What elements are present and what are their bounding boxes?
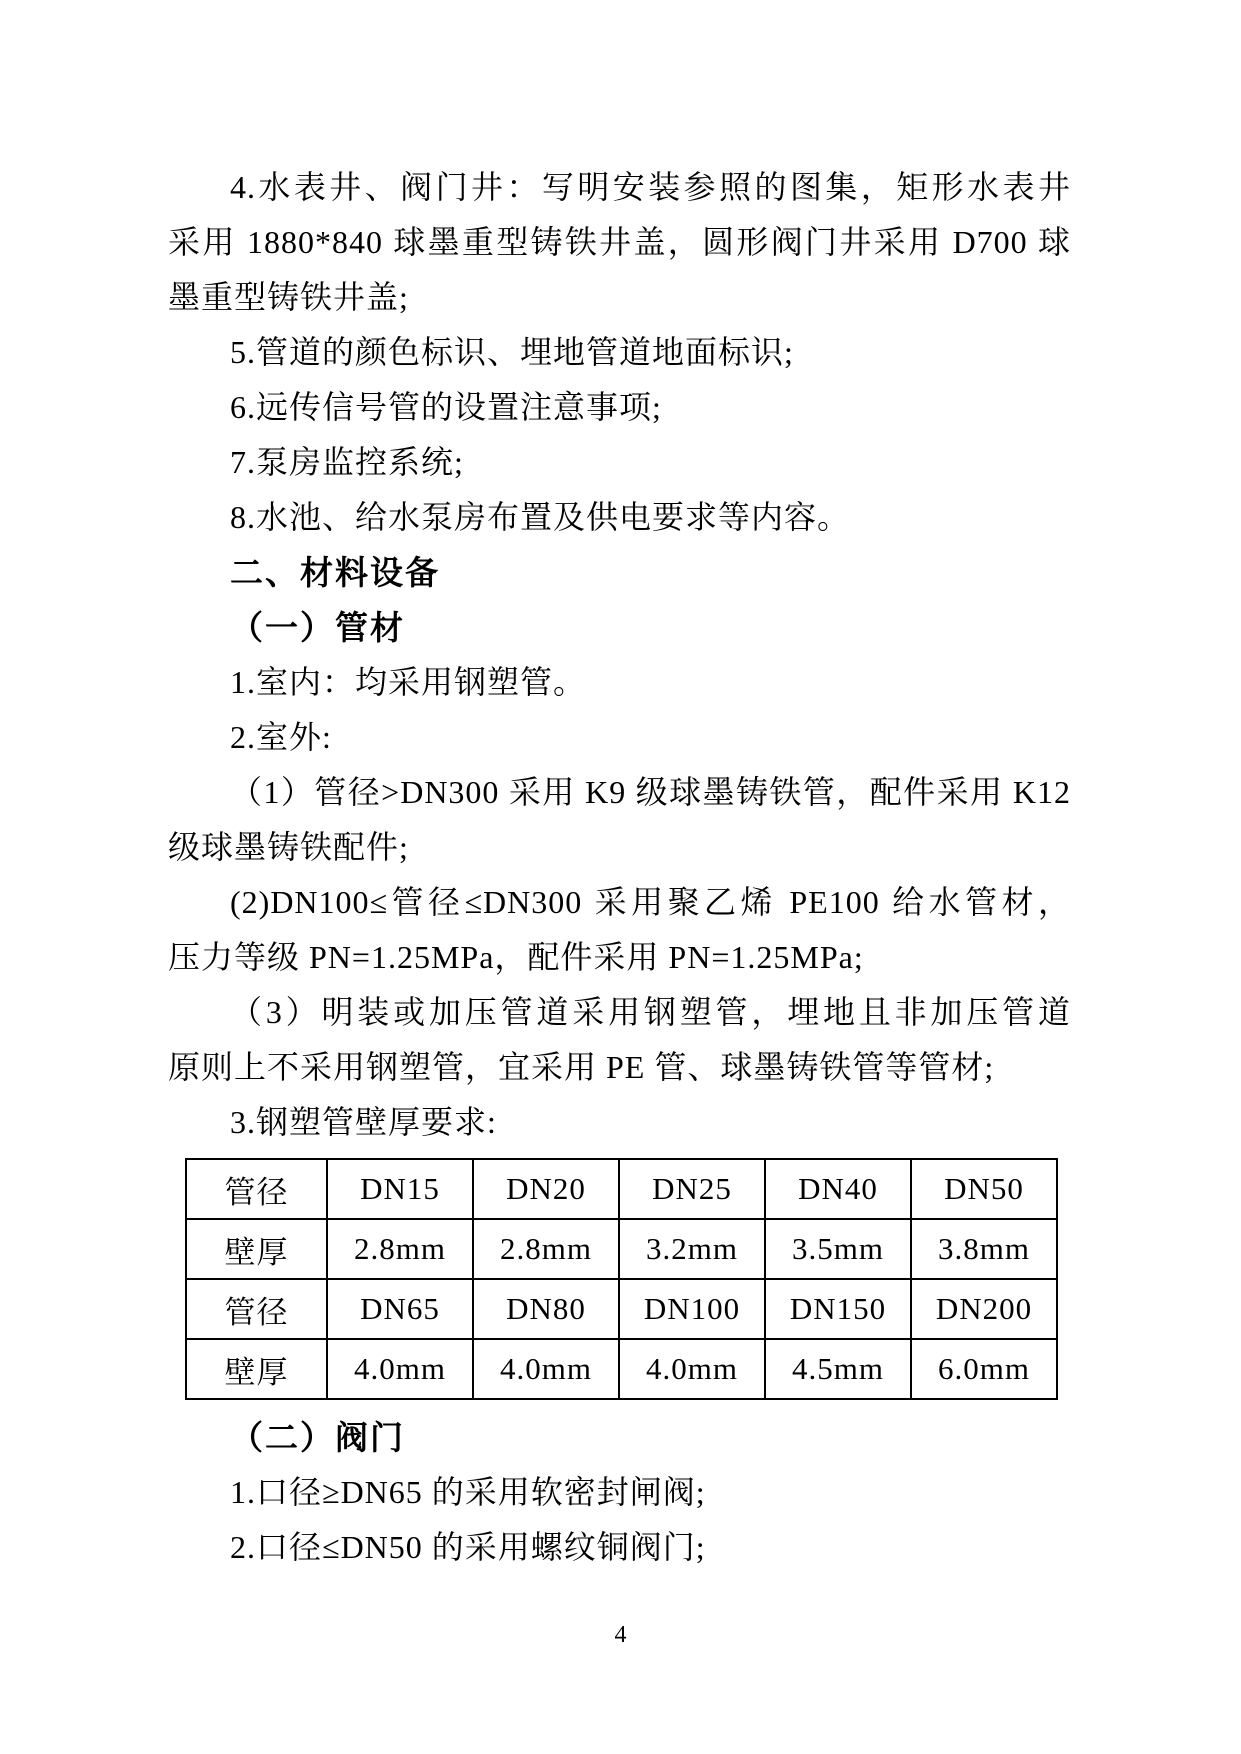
table-cell: 3.8mm (911, 1219, 1057, 1279)
table-cell: DN100 (619, 1279, 765, 1339)
table-cell: DN150 (765, 1279, 911, 1339)
table-cell: DN15 (327, 1159, 473, 1219)
pipe-item-1-indoor: 1.室内：均采用钢塑管。 (168, 655, 1071, 710)
clause-5: 5.管道的颜色标识、埋地管道地面标识; (168, 325, 1071, 380)
table-cell: 4.0mm (473, 1339, 619, 1399)
valve-item-1: 1.口径≥DN65 的采用软密封闸阀; (168, 1465, 1071, 1520)
clause-8: 8.水池、给水泵房布置及供电要求等内容。 (168, 490, 1071, 545)
clause-4-line-3: 墨重型铸铁井盖; (168, 270, 1071, 325)
table-cell: DN200 (911, 1279, 1057, 1339)
wall-thickness-caption: 3.钢塑管壁厚要求: (168, 1095, 1071, 1150)
document-page: 4.水表井、阀门井：写明安装参照的图集，矩形水表井 采用 1880*840 球墨… (0, 0, 1241, 1754)
table-cell: 3.5mm (765, 1219, 911, 1279)
table-cell: DN80 (473, 1279, 619, 1339)
table-cell: 6.0mm (911, 1339, 1057, 1399)
subsection-heading-valves: （二）阀门 (168, 1410, 1071, 1465)
table-cell: 4.5mm (765, 1339, 911, 1399)
clause-6: 6.远传信号管的设置注意事项; (168, 380, 1071, 435)
table-cell: DN40 (765, 1159, 911, 1219)
table-cell: DN65 (327, 1279, 473, 1339)
outdoor-sub-1-line-2: 级球墨铸铁配件; (168, 820, 1071, 875)
table-row: 管径 DN65 DN80 DN100 DN150 DN200 (186, 1279, 1057, 1339)
table-cell: 4.0mm (619, 1339, 765, 1399)
outdoor-sub-1-line-1: （1）管径>DN300 采用 K9 级球墨铸铁管，配件采用 K12 (168, 765, 1071, 820)
outdoor-sub-3-line-1: （3）明装或加压管道采用钢塑管，埋地且非加压管道 (168, 985, 1071, 1040)
document-body: 4.水表井、阀门井：写明安装参照的图集，矩形水表井 采用 1880*840 球墨… (168, 160, 1071, 1575)
outdoor-sub-2-line-1: (2)DN100≤管径≤DN300 采用聚乙烯 PE100 给水管材， (168, 875, 1071, 930)
section-heading-materials-equipment: 二、材料设备 (168, 545, 1071, 600)
table-cell: 壁厚 (186, 1219, 327, 1279)
wall-thickness-table: 管径 DN15 DN20 DN25 DN40 DN50 壁厚 2.8mm 2.8… (185, 1158, 1058, 1400)
page-number: 4 (0, 1622, 1241, 1649)
table-cell: 2.8mm (473, 1219, 619, 1279)
table-cell: 壁厚 (186, 1339, 327, 1399)
clause-7: 7.泵房监控系统; (168, 435, 1071, 490)
table-row: 壁厚 2.8mm 2.8mm 3.2mm 3.5mm 3.8mm (186, 1219, 1057, 1279)
table-cell: DN25 (619, 1159, 765, 1219)
table-row: 管径 DN15 DN20 DN25 DN40 DN50 (186, 1159, 1057, 1219)
table-cell: DN50 (911, 1159, 1057, 1219)
subsection-heading-pipe-materials: （一）管材 (168, 600, 1071, 655)
table-cell: 2.8mm (327, 1219, 473, 1279)
table-row: 壁厚 4.0mm 4.0mm 4.0mm 4.5mm 6.0mm (186, 1339, 1057, 1399)
pipe-item-2-outdoor: 2.室外: (168, 710, 1071, 765)
table-cell: 4.0mm (327, 1339, 473, 1399)
outdoor-sub-3-line-2: 原则上不采用钢塑管，宜采用 PE 管、球墨铸铁管等管材; (168, 1040, 1071, 1095)
table-cell: 3.2mm (619, 1219, 765, 1279)
outdoor-sub-2-line-2: 压力等级 PN=1.25MPa，配件采用 PN=1.25MPa; (168, 930, 1071, 985)
valve-item-2: 2.口径≤DN50 的采用螺纹铜阀门; (168, 1520, 1071, 1575)
table-cell: 管径 (186, 1279, 327, 1339)
table-cell: 管径 (186, 1159, 327, 1219)
clause-4-line-2: 采用 1880*840 球墨重型铸铁井盖，圆形阀门井采用 D700 球 (168, 215, 1071, 270)
clause-4-line-1: 4.水表井、阀门井：写明安装参照的图集，矩形水表井 (168, 160, 1071, 215)
table-cell: DN20 (473, 1159, 619, 1219)
